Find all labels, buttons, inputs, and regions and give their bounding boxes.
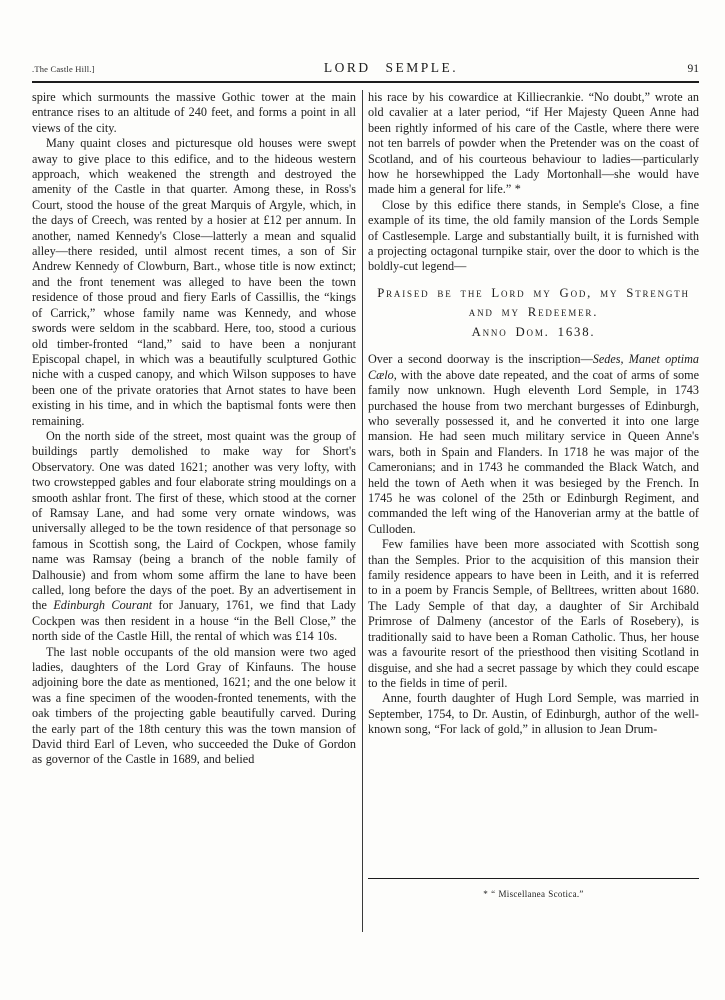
running-head-title: LORD SEMPLE. bbox=[324, 60, 458, 76]
right-column: his race by his cowardice at Killiecrank… bbox=[368, 90, 699, 932]
paragraph: On the north side of the street, most qu… bbox=[32, 429, 356, 645]
footnote-text: * “ Miscellanea Scotica.” bbox=[368, 888, 699, 900]
book-page: .The Castle Hill.] LORD SEMPLE. 91 spire… bbox=[0, 0, 725, 1000]
column-divider-rule bbox=[362, 90, 363, 932]
paragraph: The last noble occupants of the old mans… bbox=[32, 645, 356, 768]
paragraph: Over a second doorway is the inscription… bbox=[368, 352, 699, 537]
paragraph: Few families have been more associated w… bbox=[368, 537, 699, 691]
header-rule bbox=[32, 81, 699, 83]
footnote-rule bbox=[368, 878, 699, 880]
right-column-bottom-paragraphs: Over a second doorway is the inscription… bbox=[368, 352, 699, 737]
paragraph: Close by this edifice there stands, in S… bbox=[368, 198, 699, 275]
paragraph: spire which surmounts the massive Gothic… bbox=[32, 90, 356, 136]
paragraph: his race by his cowardice at Killiecrank… bbox=[368, 90, 699, 198]
running-head-left: .The Castle Hill.] bbox=[32, 64, 95, 74]
right-column-top-paragraphs: his race by his cowardice at Killiecrank… bbox=[368, 90, 699, 275]
page-header: .The Castle Hill.] LORD SEMPLE. 91 bbox=[32, 60, 699, 76]
inscription-line-2: and my Redeemer. bbox=[368, 303, 699, 323]
text-columns: spire which surmounts the massive Gothic… bbox=[32, 90, 699, 932]
left-column: spire which surmounts the massive Gothic… bbox=[32, 90, 356, 932]
footnote-section: * “ Miscellanea Scotica.” bbox=[368, 878, 699, 933]
paragraph: Anne, fourth daughter of Hugh Lord Sempl… bbox=[368, 691, 699, 737]
inscription-line-3: Anno Dom. 1638. bbox=[368, 323, 699, 343]
page-number: 91 bbox=[687, 63, 699, 75]
inscription-line-1: Praised be the Lord my God, my Strength bbox=[368, 284, 699, 304]
paragraph: Many quaint closes and picturesque old h… bbox=[32, 136, 356, 429]
door-inscription: Praised be the Lord my God, my Strength … bbox=[368, 284, 699, 343]
